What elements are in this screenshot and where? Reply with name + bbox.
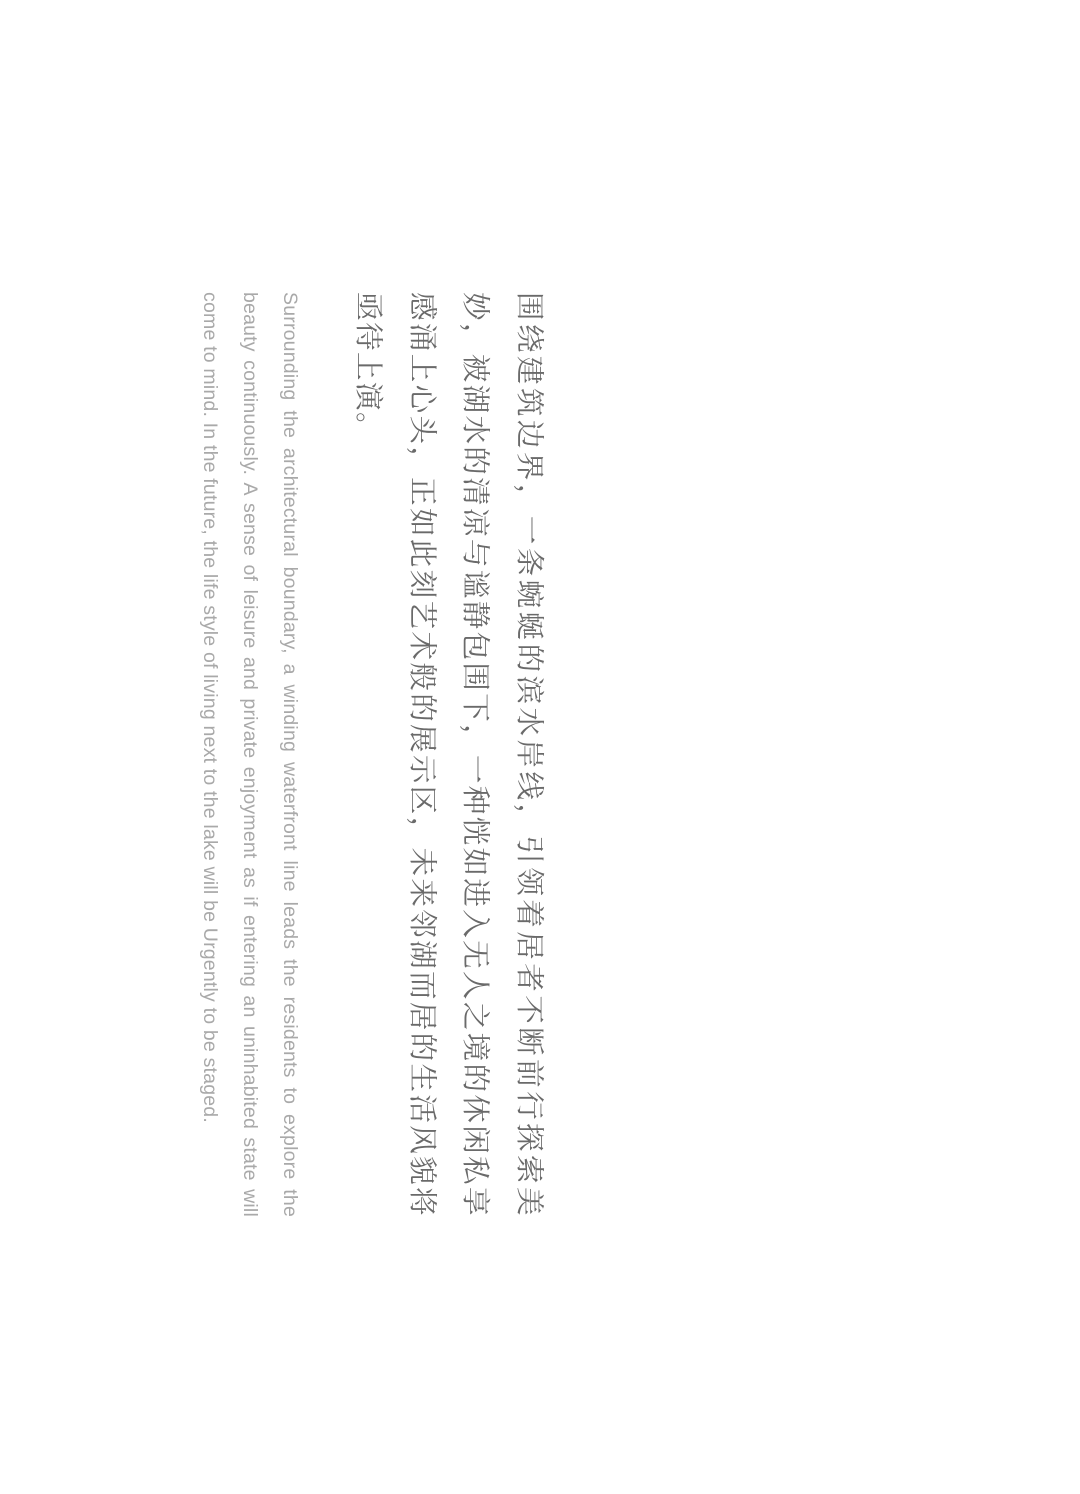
rotated-text-block: 围绕建筑边界，一条蜿蜒的滨水岸线，引领着居者不断前行探索美妙，被湖水的清凉与谧静… [190,292,556,1217]
english-paragraph: Surrounding the architectural boundary, … [190,292,310,1217]
chinese-paragraph: 围绕建筑边界，一条蜿蜒的滨水岸线，引领着居者不断前行探索美妙，被湖水的清凉与谧静… [342,292,556,1217]
